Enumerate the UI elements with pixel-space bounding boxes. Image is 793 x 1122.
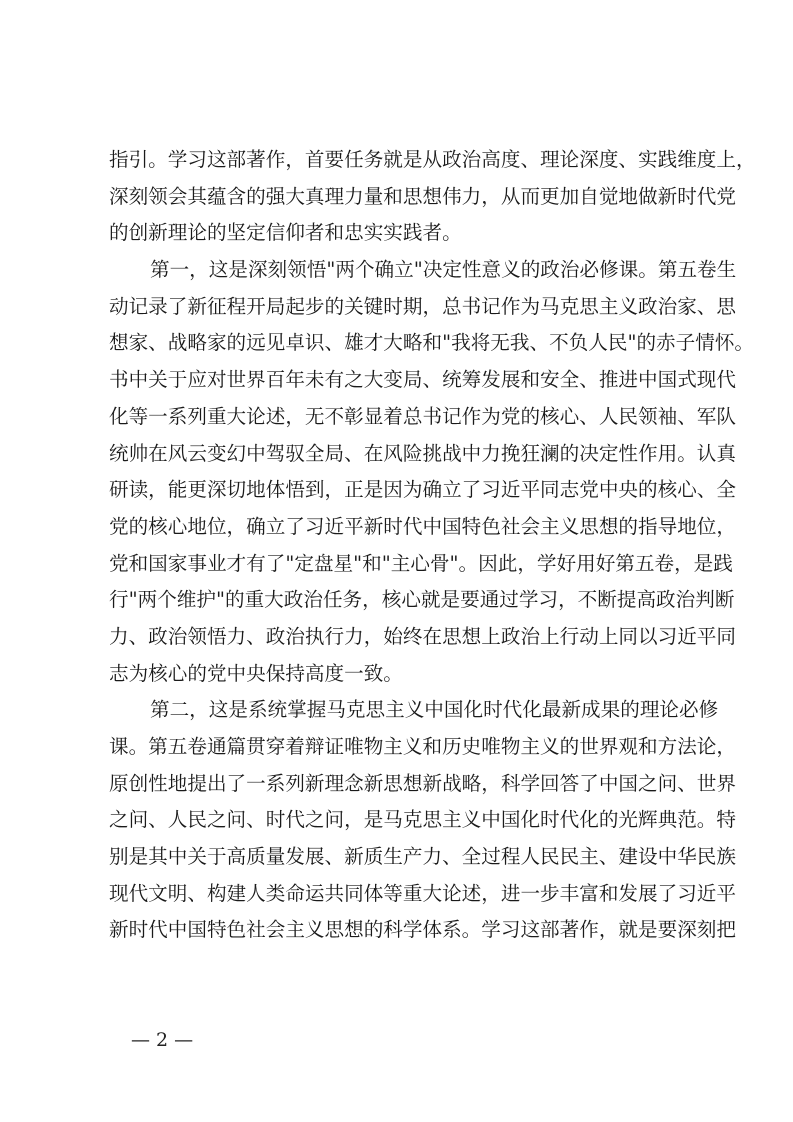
text-line: 力、政治领悟力、政治执行力，始终在思想上政治上行动上同以习近平同: [109, 619, 693, 656]
text-line: 第一，这是深刻领悟"两个确立"决定性意义的政治必修课。第五卷生: [109, 252, 693, 289]
text-line: 深刻领会其蕴含的强大真理力量和思想伟力，从而更加自觉地做新时代党: [109, 179, 693, 216]
text-line: 原创性地提出了一系列新理念新思想新战略，科学回答了中国之问、世界: [109, 766, 693, 803]
text-line: 第二，这是系统掌握马克思主义中国化时代化最新成果的理论必修: [109, 692, 693, 729]
text-line: 指引。学习这部著作，首要任务就是从政治高度、理论深度、实践维度上，: [109, 142, 693, 179]
text-line: 想家、战略家的远见卓识、雄才大略和"我将无我、不负人民"的赤子情怀。: [109, 325, 693, 362]
text-line: 新时代中国特色社会主义思想的科学体系。学习这部著作，就是要深刻把: [109, 912, 693, 949]
text-line: 动记录了新征程开局起步的关键时期，总书记作为马克思主义政治家、思: [109, 289, 693, 326]
text-line: 课。第五卷通篇贯穿着辩证唯物主义和历史唯物主义的世界观和方法论，: [109, 729, 693, 766]
text-line: 统帅在风云变幻中驾驭全局、在风险挑战中力挽狂澜的决定性作用。认真: [109, 436, 693, 473]
text-line: 别是其中关于高质量发展、新质生产力、全过程人民民主、建设中华民族: [109, 839, 693, 876]
text-line: 化等一系列重大论述，无不彰显着总书记作为党的核心、人民领袖、军队: [109, 399, 693, 436]
text-line: 行"两个维护"的重大政治任务，核心就是要通过学习，不断提高政治判断: [109, 582, 693, 619]
document-page: 指引。学习这部著作，首要任务就是从政治高度、理论深度、实践维度上， 深刻领会其蕴…: [0, 0, 793, 1122]
text-line: 志为核心的党中央保持高度一致。: [109, 656, 693, 693]
page-number: — 2 —: [131, 1028, 193, 1052]
text-line: 党和国家事业才有了"定盘星"和"主心骨"。因此，学好用好第五卷，是践: [109, 546, 693, 583]
body-text: 指引。学习这部著作，首要任务就是从政治高度、理论深度、实践维度上， 深刻领会其蕴…: [109, 142, 693, 949]
text-line: 研读，能更深切地体悟到，正是因为确立了习近平同志党中央的核心、全: [109, 472, 693, 509]
text-line: 书中关于应对世界百年未有之大变局、统筹发展和安全、推进中国式现代: [109, 362, 693, 399]
text-line: 之问、人民之问、时代之问，是马克思主义中国化时代化的光辉典范。特: [109, 802, 693, 839]
text-line: 的创新理论的坚定信仰者和忠实实践者。: [109, 215, 693, 252]
text-line: 党的核心地位，确立了习近平新时代中国特色社会主义思想的指导地位，: [109, 509, 693, 546]
text-line: 现代文明、构建人类命运共同体等重大论述，进一步丰富和发展了习近平: [109, 876, 693, 913]
